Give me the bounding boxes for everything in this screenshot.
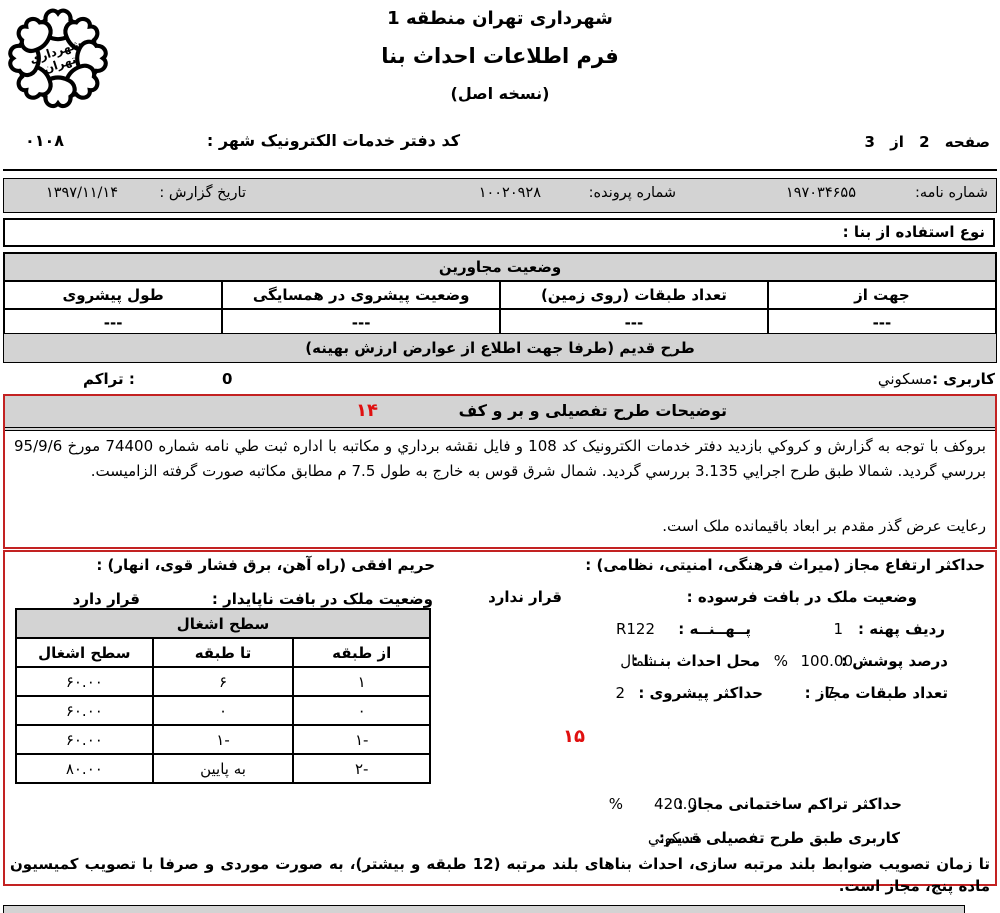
cell-to-floor: ۶ [153, 667, 294, 696]
plan-notes-paragraph2: رعایت عرض گذر مقدم بر ابعاد باقیمانده مل… [662, 517, 986, 535]
coverage-value: 100.00 [801, 652, 854, 670]
usage-type-row: نوع استفاده از بنا : [3, 218, 995, 247]
horizontal-limit-label: حریم افقی (راه آهن، برق فشار قوی، انهار)… [96, 556, 435, 574]
occupancy-row: -۲ به پایین ۸۰.۰۰ [16, 754, 430, 783]
usage-value: مسکوني [878, 370, 932, 388]
office-code-label: کد دفتر خدمات الکترونیک شهر : [207, 131, 460, 150]
col-advance-status: وضعیت پیشروی در همسایگی [222, 281, 500, 309]
max-advance-value: 2 [615, 684, 625, 702]
occupancy-header-row: از طبقه تا طبقه سطح اشغال [16, 638, 430, 667]
col-direction: جهت از [768, 281, 996, 309]
cell-occupancy: ۶۰.۰۰ [16, 667, 153, 696]
occupancy-row: -۱ -۱ ۶۰.۰۰ [16, 725, 430, 754]
occupancy-table: سطح اشغال از طبقه تا طبقه سطح اشغال ۱ ۶ … [15, 608, 431, 784]
usage-label: کاربری : [932, 370, 995, 388]
office-code-value: ۰۱۰۸ [25, 131, 64, 150]
coverage-unit: % [774, 652, 788, 670]
building-info-form-page: شهرداری تهران شهرداری تهران منطقه 1 فرم … [0, 0, 1000, 913]
density-label: تراکم : [83, 370, 135, 388]
max-height-label: حداکثر ارتفاع مجاز (میراث فرهنگی، امنیتی… [585, 556, 985, 574]
next-section-bar-partial [3, 905, 965, 913]
letter-no-value: ۱۹۷۰۳۴۶۵۵ [786, 185, 856, 201]
unstable-fabric-value: قرار دارد [73, 590, 140, 608]
col-occupancy: سطح اشغال [16, 638, 153, 667]
file-no-value: ۱۰۰۲۰۹۲۸ [479, 185, 541, 201]
plan-notes-paragraph: بروکف با توجه به گزارش و کروکي بازدید دف… [14, 434, 986, 484]
density-value: 0 [222, 370, 232, 388]
worn-fabric-label: وضعیت ملک در بافت فرسوده : [687, 588, 917, 606]
cell-from-floor: -۱ [293, 725, 430, 754]
cell-from-floor: -۲ [293, 754, 430, 783]
report-date-value: ۱۳۹۷/۱۱/۱۴ [46, 185, 118, 201]
build-location-value: شمال [620, 652, 657, 670]
occupancy-table-title: سطح اشغال [16, 609, 430, 638]
col-from-floor: از طبقه [293, 638, 430, 667]
cell-to-floor: به پایین [153, 754, 294, 783]
old-plan-header: طرح قدیم (طرفا جهت اطلاع از عوارض ارزش ب… [3, 333, 997, 363]
cell-occupancy: ۸۰.۰۰ [16, 754, 153, 783]
usage-type-label: نوع استفاده از بنا : [843, 223, 985, 241]
neighbors-header-row: جهت از تعداد طبقات (روی زمین) وضعیت پیشر… [4, 281, 996, 309]
neighbors-table: وضعیت مجاورین جهت از تعداد طبقات (روی زم… [3, 252, 997, 338]
letter-no-label: شماره نامه: [915, 185, 988, 201]
zone-value: R122 [616, 620, 655, 638]
file-no-label: شماره پرونده: [589, 185, 676, 201]
neighbors-table-title: وضعیت مجاورین [4, 253, 996, 281]
report-date-label: تاریخ گزارش : [159, 185, 246, 201]
max-density-label: حداکثر تراکم ساختمانی مجاز : [678, 795, 902, 813]
cell-occupancy: ۶۰.۰۰ [16, 725, 153, 754]
office-code-row: کد دفتر خدمات الکترونیک شهر : ۰۱۰۸ [25, 131, 460, 150]
header-divider [3, 169, 997, 171]
cell-to-floor: -۱ [153, 725, 294, 754]
worn-fabric-value: قرار ندارد [488, 588, 562, 606]
org-title: شهرداری تهران منطقه 1 [0, 8, 1000, 29]
max-density-value: 420.0 [654, 795, 697, 813]
cell-from-floor: ۱ [293, 667, 430, 696]
col-floors-above: تعداد طبقات (روی زمین) [500, 281, 768, 309]
plan-notes-marker: ۱۴ [356, 400, 378, 421]
zone-row-label: ردیف پهنه : [858, 620, 945, 638]
page-number: صفحه 2 از 3 [864, 133, 990, 151]
old-usage-value: مسکوني [648, 829, 702, 847]
form-title: فرم اطلاعات احداث بنا [0, 44, 1000, 68]
unstable-fabric-label: وضعیت ملک در بافت ناپایدار : [212, 590, 433, 608]
cell-from-floor: ۰ [293, 696, 430, 725]
plan-notes-title: توضیحات طرح تفصیلی و بر و کف [459, 401, 727, 420]
highrise-note: تا زمان تصویب ضوابط بلند مرتبه سازی، احد… [10, 853, 990, 897]
col-to-floor: تا طبقه [153, 638, 294, 667]
zoning-marker: ۱۵ [563, 726, 585, 747]
occupancy-row: ۰ ۰ ۶۰.۰۰ [16, 696, 430, 725]
zone-row-value: 1 [833, 620, 843, 638]
cell-to-floor: ۰ [153, 696, 294, 725]
zone-label: پــهــنــه : [678, 620, 751, 638]
max-advance-label: حداکثر پیشروی : [638, 684, 763, 702]
allowed-floors-value: 7 [825, 684, 835, 702]
max-density-unit: % [609, 795, 623, 813]
occupancy-row: ۱ ۶ ۶۰.۰۰ [16, 667, 430, 696]
cell-occupancy: ۶۰.۰۰ [16, 696, 153, 725]
meta-bar: شماره نامه: ۱۹۷۰۳۴۶۵۵ شماره پرونده: ۱۰۰۲… [3, 178, 997, 213]
coverage-label: درصد پوشش : [841, 652, 948, 670]
col-advance-length: طول پیشروی [4, 281, 222, 309]
copy-note: (نسخه اصل) [0, 84, 1000, 103]
